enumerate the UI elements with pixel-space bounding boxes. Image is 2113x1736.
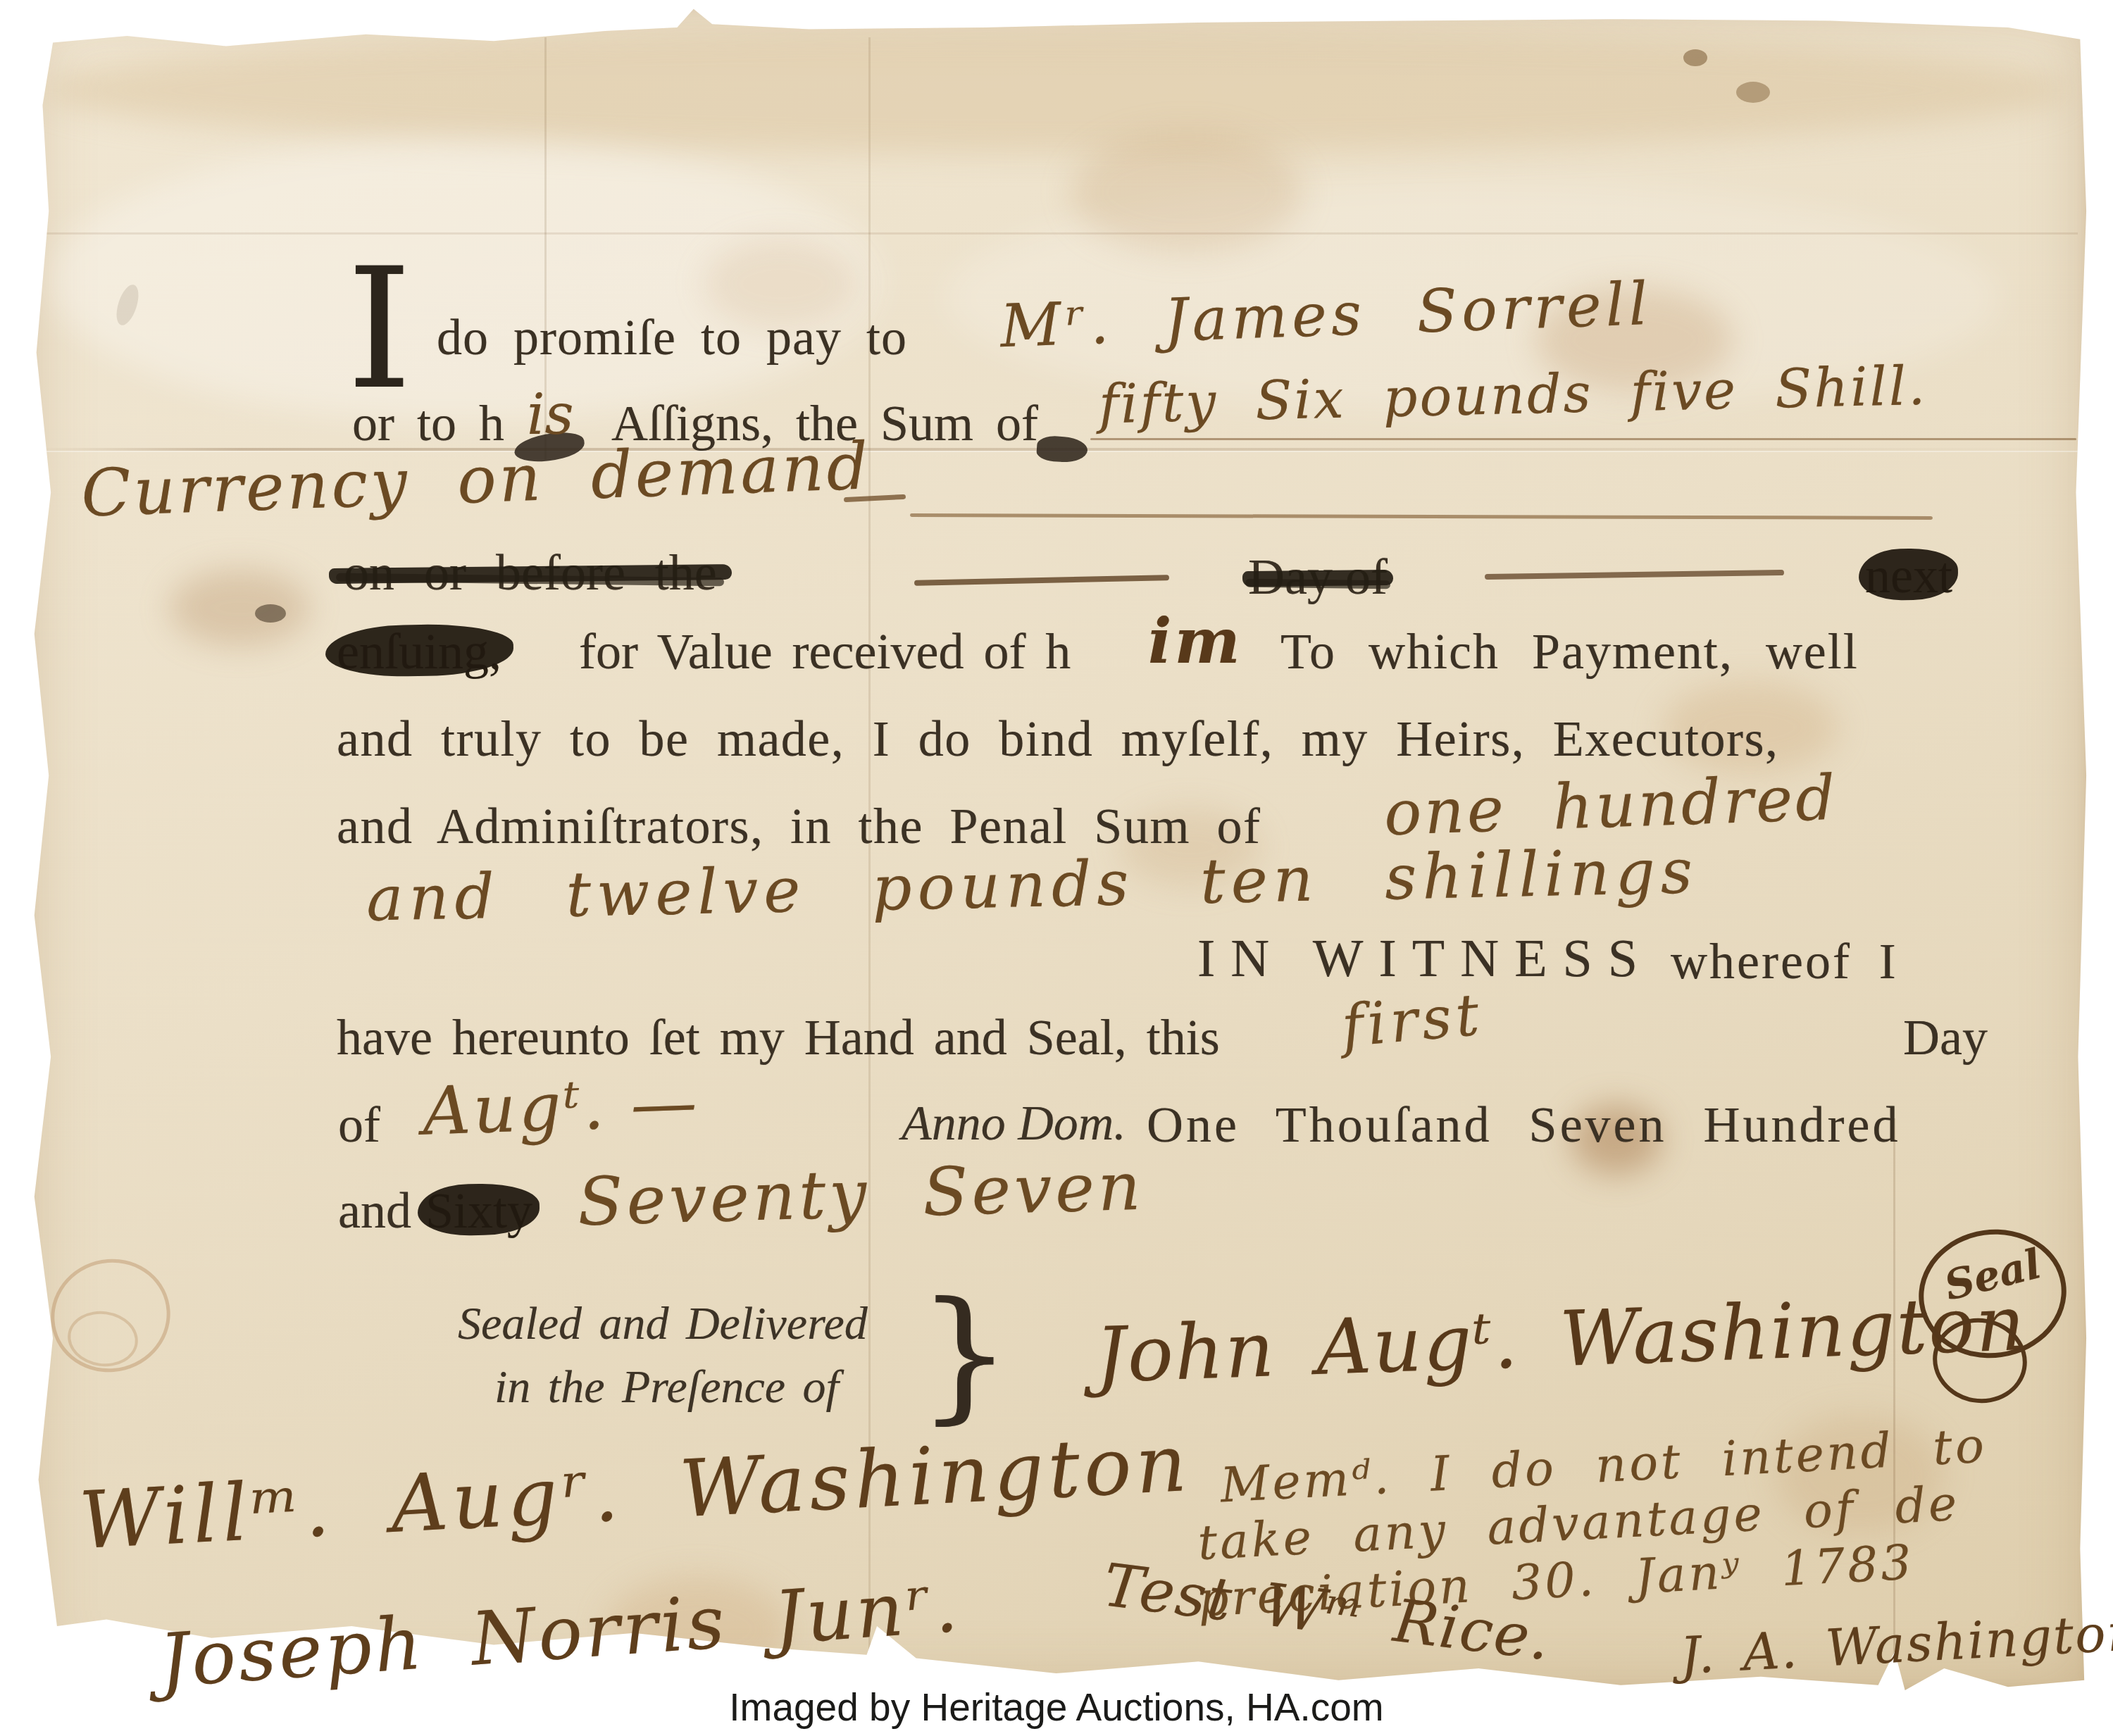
promise-line-printed: do promiſe to pay to — [437, 308, 907, 367]
his-handwritten: is — [527, 382, 574, 447]
fold-crease-horizontal-faint — [35, 232, 2078, 235]
year-words-printed: One Thouſand Seven Hundred — [1147, 1096, 1900, 1154]
sealed-delivered-printed: Sealed and Delivered — [458, 1297, 868, 1351]
blotted-sixty: Sixty — [425, 1182, 532, 1240]
fold-crease-vertical — [1893, 1118, 1895, 1689]
month-handwritten: Augᵗ. — — [421, 1064, 701, 1151]
value-line-printed-right: To which Payment, well — [1280, 623, 1859, 681]
blotted-ensuing: enſuing, — [337, 623, 501, 681]
fox-speck — [255, 604, 286, 623]
struck-on-or-before: on or before the — [344, 544, 717, 602]
struck-day-of: Day of — [1248, 548, 1388, 606]
stain — [169, 569, 310, 647]
day-printed: Day — [1903, 1008, 1988, 1067]
in-witness-rest: whereof I — [1671, 932, 1898, 991]
first-handwritten: first — [1339, 981, 1485, 1060]
bind-line-printed: and truly to be made, I do bind myſelf, … — [337, 710, 1779, 768]
seventy-seven-handwritten: Seventy Seven — [577, 1149, 1145, 1241]
hand-seal-line-printed: have hereunto ſet my Hand and Seal, this — [337, 1008, 1220, 1067]
seal-scribble: Seal — [1914, 1227, 2069, 1417]
ink-blot — [1036, 435, 1088, 464]
blotted-next: next — [1865, 547, 1952, 605]
presence-of-printed: in the Preſence of — [494, 1361, 839, 1414]
auction-caption: Imaged by Heritage Auctions, HA.com — [729, 1685, 1383, 1730]
attestation-brace: } — [917, 1272, 1012, 1437]
anno-dom-printed: Anno Dom. — [902, 1096, 1126, 1152]
fox-speck — [1736, 82, 1770, 103]
of-printed: of — [338, 1096, 380, 1154]
value-line-printed-left: for Value received of h — [579, 623, 1071, 681]
scan-background: I do promiſe to pay to Mʳ. James Sorrell… — [0, 0, 2113, 1736]
in-witness-caps: IN WITNESS — [1197, 928, 1653, 989]
and-printed: and — [338, 1182, 411, 1240]
him-handwritten: im — [1148, 604, 1243, 677]
blank-rule-line — [1090, 438, 2076, 440]
fox-speck — [1683, 49, 1707, 66]
